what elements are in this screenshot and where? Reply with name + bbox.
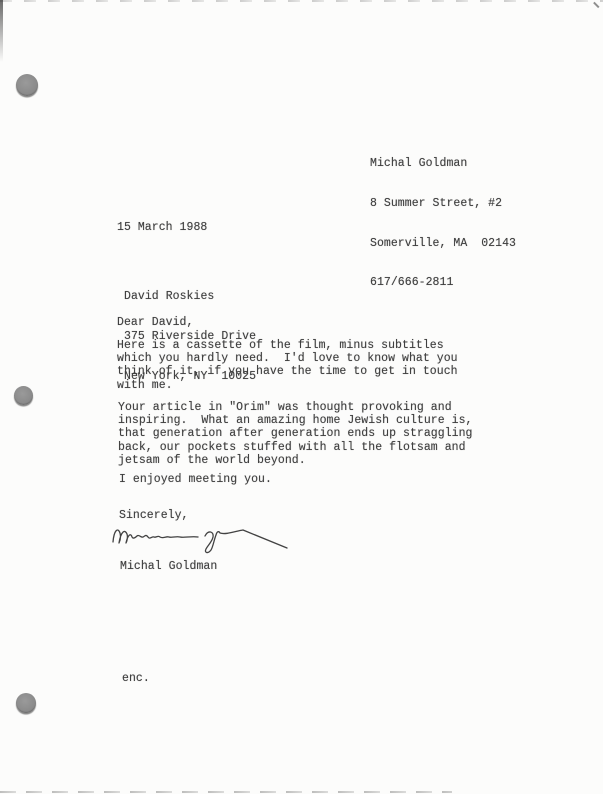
punch-hole-bottom [16, 693, 36, 713]
body-paragraph-3: I enjoyed meeting you. [119, 473, 272, 486]
typed-signature-name: Michal Goldman [120, 560, 217, 573]
date-line: 15 March 1988 [117, 221, 207, 234]
sender-name: Michal Goldman [370, 157, 516, 170]
body-paragraph-1: Here is a cassette of the film, minus su… [117, 339, 458, 392]
recipient-name: David Roskies [124, 290, 256, 303]
salutation: Dear David, [117, 316, 193, 329]
enclosure-note: enc. [122, 672, 150, 685]
sender-address-line2: Somerville, MA 02143 [370, 237, 516, 250]
closing-line: Sincerely, [119, 509, 189, 522]
scan-artifact-bottom-edge [0, 791, 452, 793]
scan-artifact-left-edge [0, 0, 3, 62]
handwritten-signature [110, 522, 292, 556]
sender-address-block: Michal Goldman 8 Summer Street, #2 Somer… [370, 131, 516, 316]
scan-artifact-corner-mark [593, 2, 599, 8]
sender-phone: 617/666-2811 [370, 276, 516, 289]
sender-address-line1: 8 Summer Street, #2 [370, 197, 516, 210]
punch-hole-top [16, 74, 38, 96]
body-paragraph-2: Your article in "Orim" was thought provo… [118, 401, 473, 467]
scanned-letter-page: Michal Goldman 8 Summer Street, #2 Somer… [0, 0, 603, 794]
scan-artifact-top-edge [0, 0, 603, 2]
punch-hole-middle [14, 386, 33, 405]
